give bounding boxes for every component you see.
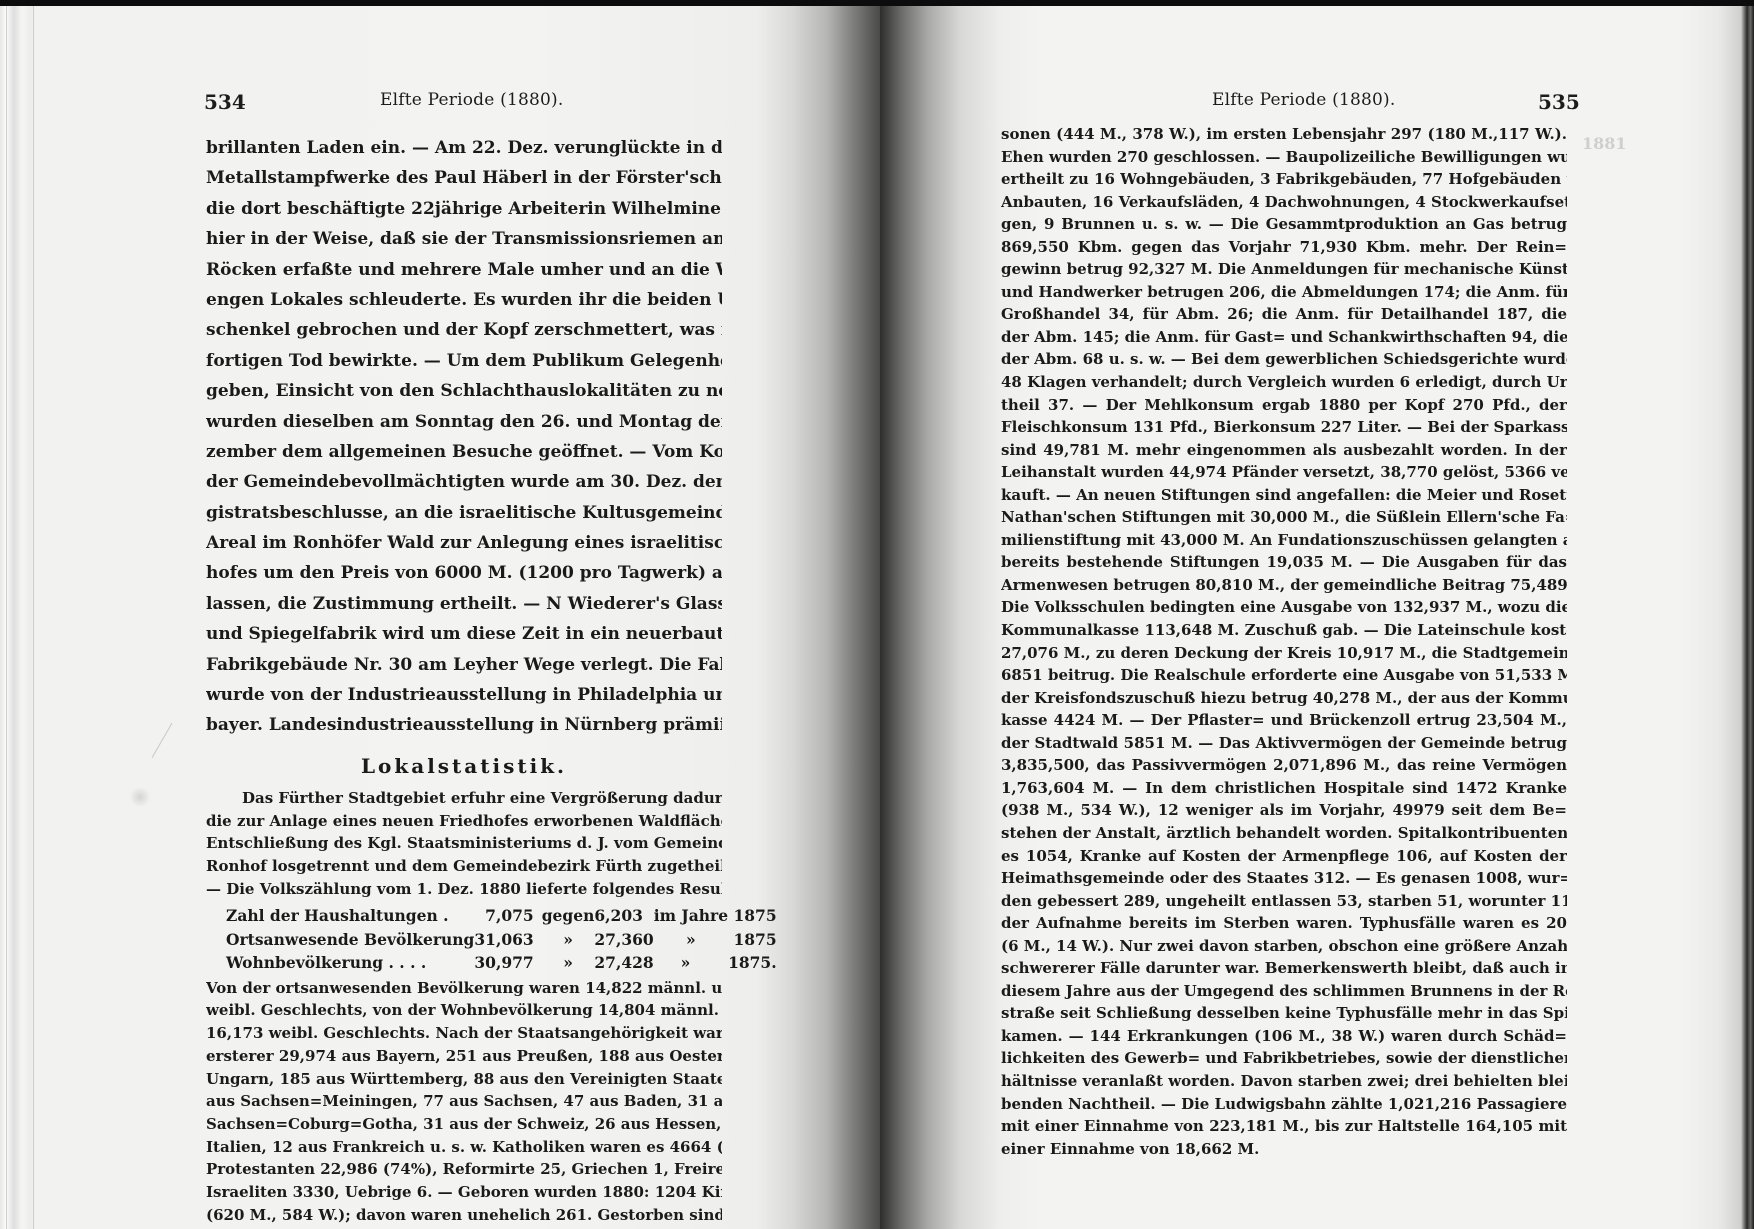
- text-line: sind 49,781 M. mehr eingenommen als ausb…: [1001, 439, 1567, 462]
- statistics-continuation: Von der ortsanwesenden Bevölkerung waren…: [206, 977, 722, 1227]
- text-line: hofes um den Preis von 6000 M. (1200 pro…: [206, 558, 722, 588]
- text-line: (6 M., 14 W.). Nur zwei davon starben, o…: [1001, 935, 1567, 958]
- text-line: wurden dieselben am Sonntag den 26. und …: [206, 407, 722, 437]
- text-line: straße seit Schließung desselben keine T…: [1001, 1002, 1567, 1025]
- table-row: Zahl der Haushaltungen . 7,075 gegen 6,2…: [206, 904, 777, 928]
- text-line: und Spiegelfabrik wird um diese Zeit in …: [206, 619, 722, 649]
- text-line: 3,835,500, das Passivvermögen 2,071,896 …: [1001, 754, 1567, 777]
- separator: gegen: [542, 904, 595, 928]
- text-line: lichkeiten des Gewerb= und Fabrikbetrieb…: [1001, 1047, 1567, 1070]
- row-label: Wohnbevölkerung . . . .: [206, 951, 474, 975]
- text-line: kasse 4424 M. — Der Pflaster= und Brücke…: [1001, 709, 1567, 732]
- text-line: der Abm. 68 u. s. w. — Bei dem gewerblic…: [1001, 348, 1567, 371]
- row-label: Ortsanwesende Bevölkerung: [206, 928, 474, 952]
- separator: »: [542, 928, 595, 952]
- text-line: und Handwerker betrugen 206, die Abmeldu…: [1001, 281, 1567, 304]
- pencil-mark: [152, 723, 192, 769]
- year-label: im Jahre 1875: [654, 904, 777, 928]
- text-line: ertheilt zu 16 Wohngebäuden, 3 Fabrikgeb…: [1001, 168, 1567, 191]
- text-line: lassen, die Zustimmung ertheilt. — N Wie…: [206, 589, 722, 619]
- census-table: Zahl der Haushaltungen . 7,075 gegen 6,2…: [206, 904, 777, 975]
- smudge-mark: [128, 788, 152, 806]
- right-body-text: sonen (444 M., 378 W.), im ersten Lebens…: [1001, 123, 1567, 1160]
- text-line: schenkel gebrochen und der Kopf zerschme…: [206, 315, 722, 345]
- section-heading: Lokalstatistik.: [206, 745, 722, 787]
- text-line: 869,550 Kbm. gegen das Vorjahr 71,930 Kb…: [1001, 236, 1567, 259]
- text-line: gistratsbeschlusse, an die israelitische…: [206, 498, 722, 528]
- text-line: geben, Einsicht von den Schlachthausloka…: [206, 376, 722, 406]
- text-line: Fabrikgebäude Nr. 30 am Leyher Wege verl…: [206, 650, 722, 680]
- text-line: — Die Volkszählung vom 1. Dez. 1880 lief…: [206, 878, 722, 901]
- text-line: Leihanstalt wurden 44,974 Pfänder verset…: [1001, 461, 1567, 484]
- text-line: der Aufnahme bereits im Sterben waren. T…: [1001, 912, 1567, 935]
- value-1875: 6,203: [594, 904, 653, 928]
- text-line: 48 Klagen verhandelt; durch Vergleich wu…: [1001, 371, 1567, 394]
- text-line: Ronhof losgetrennt und dem Gemeindebezir…: [206, 855, 722, 878]
- text-line: weibl. Geschlechts, von der Wohnbevölker…: [206, 999, 722, 1022]
- text-line: diesem Jahre aus der Umgegend des schlim…: [1001, 980, 1567, 1003]
- text-line: Das Fürther Stadtgebiet erfuhr eine Verg…: [206, 787, 722, 810]
- text-line: Italien, 12 aus Frankreich u. s. w. Kath…: [206, 1136, 722, 1159]
- text-line: 6851 beitrug. Die Realschule erforderte …: [1001, 664, 1567, 687]
- text-line: gen, 9 Brunnen u. s. w. — Die Gesammtpro…: [1001, 213, 1567, 236]
- text-line: stehen der Anstalt, ärztlich behandelt w…: [1001, 822, 1567, 845]
- text-line: einer Einnahme von 18,662 M.: [1001, 1138, 1567, 1161]
- text-line: mit einer Einnahme von 223,181 M., bis z…: [1001, 1115, 1567, 1138]
- text-line: Areal im Ronhöfer Wald zur Anlegung eine…: [206, 528, 722, 558]
- text-line: Metallstampfwerke des Paul Häberl in der…: [206, 163, 722, 193]
- statistics-paragraph: Das Fürther Stadtgebiet erfuhr eine Verg…: [206, 787, 722, 900]
- text-line: die dort beschäftigte 22jährige Arbeiter…: [206, 194, 722, 224]
- text-line: fortigen Tod bewirkte. — Um dem Publikum…: [206, 346, 722, 376]
- left-page: 534 Elfte Periode (1880). brillanten Lad…: [0, 6, 880, 1229]
- text-line: Die Volksschulen bedingten eine Ausgabe …: [1001, 596, 1567, 619]
- text-line: Kommunalkasse 113,648 M. Zuschuß gab. — …: [1001, 619, 1567, 642]
- text-line: theil 37. — Der Mehlkonsum ergab 1880 pe…: [1001, 394, 1567, 417]
- text-line: kauft. — An neuen Stiftungen sind angefa…: [1001, 484, 1567, 507]
- text-line: es 1054, Kranke auf Kosten der Armenpfle…: [1001, 845, 1567, 868]
- text-line: kamen. — 144 Erkrankungen (106 M., 38 W.…: [1001, 1025, 1567, 1048]
- text-line: bereits bestehende Stiftungen 19,035 M. …: [1001, 551, 1567, 574]
- text-line: Anbauten, 16 Verkaufsläden, 4 Dachwohnun…: [1001, 191, 1567, 214]
- book-spread: 534 Elfte Periode (1880). brillanten Lad…: [0, 0, 1754, 1229]
- text-line: den gebessert 289, ungeheilt entlassen 5…: [1001, 890, 1567, 913]
- value-1880: 31,063: [474, 928, 541, 952]
- text-line: der Abm. 145; die Anm. für Gast= und Sch…: [1001, 326, 1567, 349]
- value-1880: 7,075: [474, 904, 541, 928]
- page-number: 534: [204, 90, 246, 114]
- text-line: Heimathsgemeinde oder des Staates 312. —…: [1001, 867, 1567, 890]
- left-body-text: brillanten Laden ein. — Am 22. Dez. veru…: [206, 133, 722, 1226]
- text-line: Röcken erfaßte und mehrere Male umher un…: [206, 255, 722, 285]
- text-line: Ehen wurden 270 geschlossen. — Baupolize…: [1001, 146, 1567, 169]
- text-line: aus Sachsen=Meiningen, 77 aus Sachsen, 4…: [206, 1090, 722, 1113]
- text-line: der Stadtwald 5851 M. — Das Aktivvermöge…: [1001, 732, 1567, 755]
- value-1875: 27,428: [594, 951, 653, 975]
- text-line: der Kreisfondszuschuß hiezu betrug 40,27…: [1001, 687, 1567, 710]
- text-line: bayer. Landesindustrieausstellung in Nür…: [206, 710, 722, 740]
- text-line: sonen (444 M., 378 W.), im ersten Lebens…: [1001, 123, 1567, 146]
- text-line: gewinn betrug 92,327 M. Die Anmeldungen …: [1001, 258, 1567, 281]
- text-line: 1,763,604 M. — In dem christlichen Hospi…: [1001, 777, 1567, 800]
- text-line: Armenwesen betrugen 80,810 M., der gemei…: [1001, 574, 1567, 597]
- text-line: schwererer Fälle darunter war. Bemerkens…: [1001, 957, 1567, 980]
- text-line: hältnisse veranlaßt worden. Davon starbe…: [1001, 1070, 1567, 1093]
- running-head: Elfte Periode (1880).: [1212, 90, 1395, 110]
- text-line: Protestanten 22,986 (74%), Reformirte 25…: [206, 1158, 722, 1181]
- text-line: (938 M., 534 W.), 12 weniger als im Vorj…: [1001, 799, 1567, 822]
- text-line: Nathan'schen Stiftungen mit 30,000 M., d…: [1001, 506, 1567, 529]
- page-number: 535: [1538, 90, 1580, 114]
- text-line: die zur Anlage eines neuen Friedhofes er…: [206, 810, 722, 833]
- separator: »: [542, 951, 595, 975]
- row-label: Zahl der Haushaltungen .: [206, 904, 474, 928]
- text-line: Israeliten 3330, Uebrige 6. — Geboren wu…: [206, 1181, 722, 1204]
- year-label: » 1875.: [654, 951, 777, 975]
- table-row: Wohnbevölkerung . . . . 30,977 » 27,428 …: [206, 951, 777, 975]
- text-line: Von der ortsanwesenden Bevölkerung waren…: [206, 977, 722, 1000]
- text-line: Fleischkonsum 131 Pfd., Bierkonsum 227 L…: [1001, 416, 1567, 439]
- text-line: wurde von der Industrieausstellung in Ph…: [206, 680, 722, 710]
- text-line: brillanten Laden ein. — Am 22. Dez. veru…: [206, 133, 722, 163]
- value-1880: 30,977: [474, 951, 541, 975]
- text-line: Ungarn, 185 aus Württemberg, 88 aus den …: [206, 1068, 722, 1091]
- text-line: zember dem allgemeinen Besuche geöffnet.…: [206, 437, 722, 467]
- year-label: » 1875: [654, 928, 777, 952]
- text-line: (620 M., 584 W.); davon waren unehelich …: [206, 1204, 722, 1227]
- text-line: Großhandel 34, für Abm. 26; die Anm. für…: [1001, 303, 1567, 326]
- value-1875: 27,360: [594, 928, 653, 952]
- text-line: 16,173 weibl. Geschlechts. Nach der Staa…: [206, 1022, 722, 1045]
- page-edges-decoration: [6, 6, 34, 1229]
- text-line: Sachsen=Coburg=Gotha, 31 aus der Schweiz…: [206, 1113, 722, 1136]
- text-line: benden Nachtheil. — Die Ludwigsbahn zähl…: [1001, 1093, 1567, 1116]
- text-line: der Gemeindebevollmächtigten wurde am 30…: [206, 467, 722, 497]
- text-line: hier in der Weise, daß sie der Transmiss…: [206, 224, 722, 254]
- text-line: engen Lokales schleuderte. Es wurden ihr…: [206, 285, 722, 315]
- bleed-through-text: 1881: [1582, 134, 1627, 153]
- text-line: Entschließung des Kgl. Staatsministerium…: [206, 832, 722, 855]
- text-line: 27,076 M., zu deren Deckung der Kreis 10…: [1001, 642, 1567, 665]
- running-head: Elfte Periode (1880).: [380, 90, 563, 110]
- text-line: milienstiftung mit 43,000 M. An Fundatio…: [1001, 529, 1567, 552]
- table-row: Ortsanwesende Bevölkerung 31,063 » 27,36…: [206, 928, 777, 952]
- text-line: ersterer 29,974 aus Bayern, 251 aus Preu…: [206, 1045, 722, 1068]
